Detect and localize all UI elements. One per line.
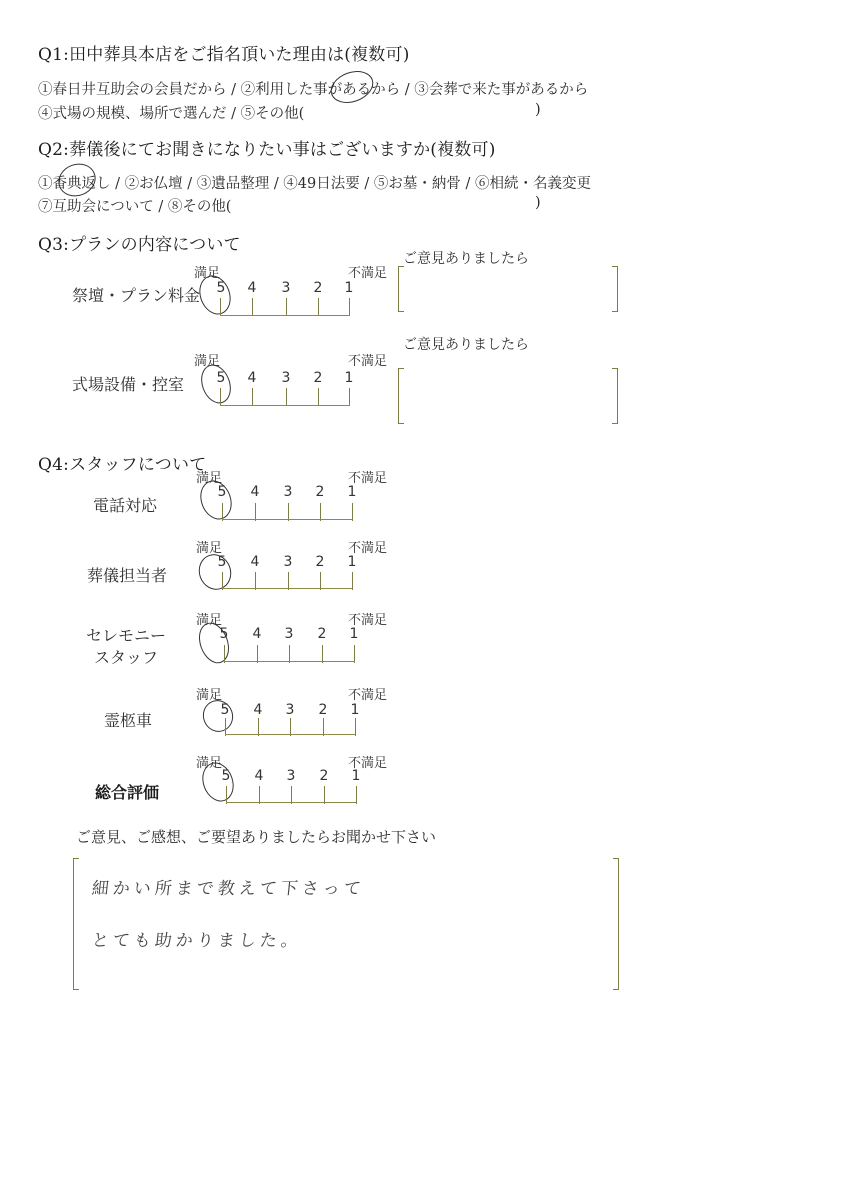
handwritten-comment-line2: とても助かりました。 (91, 926, 304, 951)
q4-row-label-ceremony-staff: セレモニー スタッフ (86, 625, 166, 669)
comments-box-left-bracket (73, 858, 79, 990)
scale-baseline (222, 588, 352, 589)
scale-option-4[interactable]: 4 (245, 280, 259, 296)
handwritten-comment-line1: 細かい所まで教えて下さって (91, 874, 367, 899)
comments-prompt: ご意見、ご感想、ご要望ありましたらお聞かせ下さい (76, 826, 436, 847)
scale-option-1[interactable]: 1 (349, 768, 363, 784)
scale-option-2[interactable]: 2 (311, 280, 325, 296)
scale-low-label: 不満足 (348, 262, 387, 281)
scale-tick (318, 298, 319, 316)
scale-option-1[interactable]: 1 (345, 554, 359, 570)
scale-option-2[interactable]: 2 (317, 768, 331, 784)
scale-tick (220, 298, 221, 316)
q4-row-label-overall: 総合評価 (95, 780, 159, 803)
remark-hint-1: ご意見ありましたら (403, 248, 529, 268)
scale-option-2[interactable]: 2 (315, 626, 329, 642)
q2-title: Q2:葬儀後にてお聞きになりたい事はございますか(複数可) (38, 135, 496, 160)
q3-row-label-venue: 式場設備・控室 (72, 372, 184, 395)
q2-options-line2[interactable]: ⑦互助会について / ⑧その他( (38, 195, 231, 216)
scale-tick (352, 572, 353, 590)
q2-other-close: ) (535, 195, 541, 211)
scale-option-1[interactable]: 1 (348, 702, 362, 718)
scale-option-3[interactable]: 3 (283, 702, 297, 718)
remark-box-venue[interactable] (405, 370, 610, 422)
q4-row-label-hearse: 霊柩車 (104, 708, 152, 731)
scale-tick (252, 388, 253, 406)
scale-option-2[interactable]: 2 (316, 702, 330, 718)
scale-tick (349, 298, 350, 316)
comments-box-right-bracket (613, 858, 619, 990)
q2-options-line1[interactable]: ①香典返し / ②お仏壇 / ③遺品整理 / ④49日法要 / ⑤お墓・納骨 /… (38, 172, 591, 193)
scale-option-4[interactable]: 4 (245, 370, 259, 386)
scale-option-4[interactable]: 4 (250, 626, 264, 642)
scale-option-3[interactable]: 3 (282, 626, 296, 642)
label-line1: セレモニー (86, 625, 166, 647)
scale-baseline (224, 661, 355, 662)
label-line2: スタッフ (86, 647, 166, 669)
scale-option-4[interactable]: 4 (251, 702, 265, 718)
scale-low-label: 不満足 (348, 350, 387, 369)
q3-title: Q3:プランの内容について (38, 230, 241, 255)
scale-option-1[interactable]: 1 (342, 370, 356, 386)
scale-option-1[interactable]: 1 (347, 626, 361, 642)
scale-option-1[interactable]: 1 (342, 280, 356, 296)
scale-tick (286, 388, 287, 406)
scale-option-4[interactable]: 4 (252, 768, 266, 784)
scale-option-3[interactable]: 3 (279, 280, 293, 296)
scale-option-4[interactable]: 4 (248, 484, 262, 500)
scale-option-3[interactable]: 3 (284, 768, 298, 784)
q3-row-label-plan-fee: 祭壇・プラン料金 (72, 283, 200, 306)
scale-tick (352, 503, 353, 521)
scale-option-2[interactable]: 2 (313, 484, 327, 500)
scale-option-3[interactable]: 3 (281, 484, 295, 500)
scale-tick (318, 388, 319, 406)
q1-options-line1[interactable]: ①春日井互助会の会員だから / ②利用した事があるから / ③会葬で来た事がある… (38, 78, 588, 99)
scale-low-label: 不満足 (348, 684, 387, 703)
remark-box-right-bracket (612, 368, 618, 424)
q4-row-label-phone: 電話対応 (93, 493, 157, 516)
scale-baseline (222, 519, 352, 520)
remark-box-plan-fee[interactable] (405, 268, 610, 310)
scale-option-3[interactable]: 3 (281, 554, 295, 570)
scale-option-1[interactable]: 1 (345, 484, 359, 500)
remark-box-right-bracket (612, 266, 618, 312)
q4-row-label-director: 葬儀担当者 (87, 563, 167, 586)
scale-baseline (220, 315, 350, 316)
scale-tick (286, 298, 287, 316)
q1-options-line2[interactable]: ④式場の規模、場所で選んだ / ⑤その他( (38, 102, 304, 123)
remark-hint-2: ご意見ありましたら (403, 334, 529, 354)
remark-box-left-bracket (398, 266, 404, 312)
scale-option-2[interactable]: 2 (313, 554, 327, 570)
scale-option-2[interactable]: 2 (311, 370, 325, 386)
scale-tick (252, 298, 253, 316)
scale-tick (220, 388, 221, 406)
scale-baseline (226, 802, 357, 803)
scale-tick (349, 388, 350, 406)
scale-option-3[interactable]: 3 (279, 370, 293, 386)
scale-baseline (220, 405, 350, 406)
scale-option-4[interactable]: 4 (248, 554, 262, 570)
q1-selection-circle (326, 65, 378, 108)
q4-title: Q4:スタッフについて (38, 450, 206, 475)
q1-title: Q1:田中葬具本店をご指名頂いた理由は(複数可) (38, 40, 410, 65)
scale-baseline (225, 734, 356, 735)
q1-other-close: ) (535, 102, 541, 118)
comments-textarea[interactable]: 細かい所まで教えて下さって とても助かりました。 (80, 860, 610, 986)
remark-box-left-bracket (398, 368, 404, 424)
